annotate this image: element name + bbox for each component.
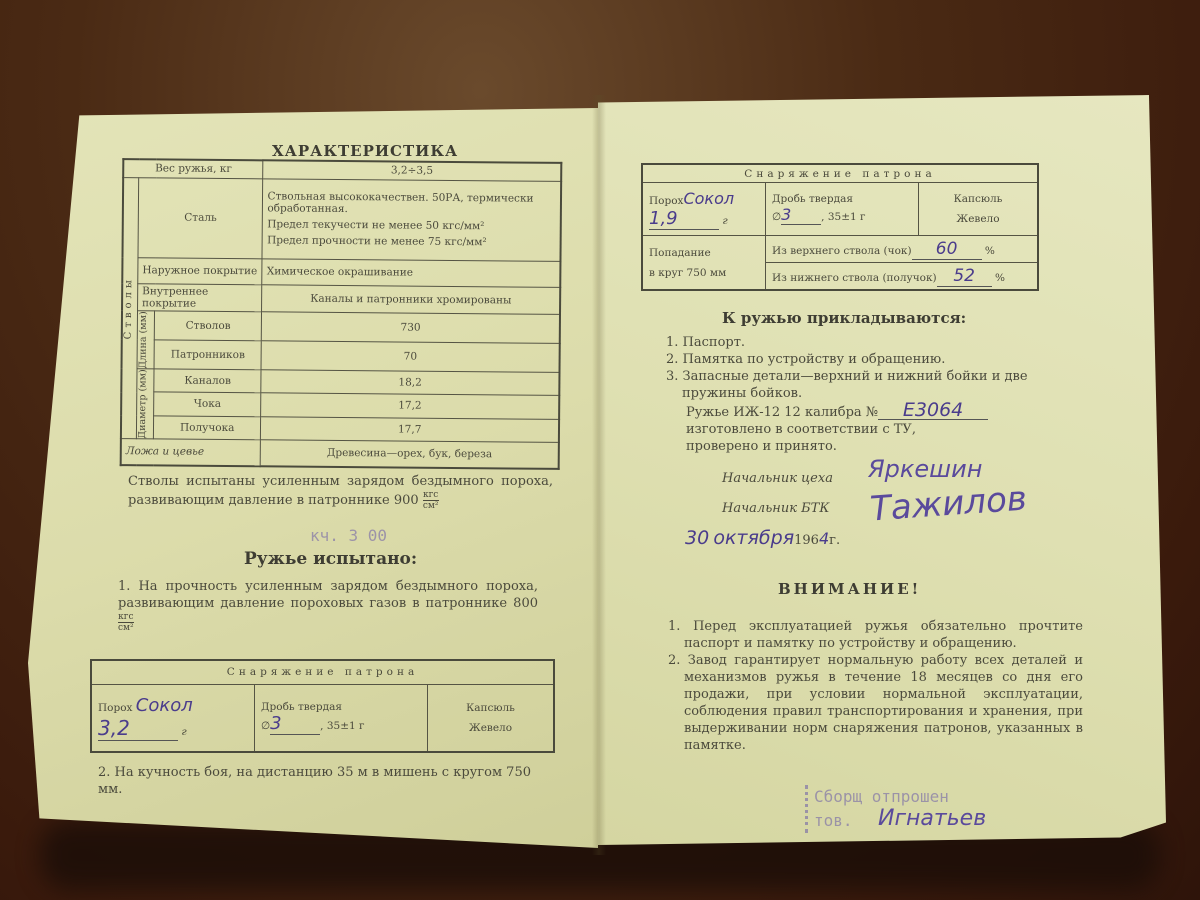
primer-label: Капсюль bbox=[925, 193, 1031, 205]
pressure-unit-2: кгссм² bbox=[118, 612, 134, 633]
date-day: 30 bbox=[685, 527, 709, 549]
spec-label-half-choke: Получока bbox=[153, 416, 261, 440]
test-1-pressure: 800 bbox=[513, 596, 538, 611]
included-item: 2. Памятка по устройству и обращению. bbox=[666, 351, 1041, 368]
faded-stamp: кч. 3 00 bbox=[310, 526, 387, 545]
tested-heading: Ружье испытано: bbox=[244, 549, 417, 569]
lower-barrel-cell: Из нижнего ствола (получок)52 % bbox=[766, 263, 1039, 290]
spec-label-barrel-length: Стволов bbox=[154, 310, 262, 340]
left-ammo-table: Снаряжение патрона Порох Сокол 3,2 г Дро… bbox=[90, 659, 555, 753]
gram-unit: г bbox=[181, 726, 186, 738]
spec-label-steel: Сталь bbox=[138, 177, 263, 258]
left-ammo-title: Снаряжение патрона bbox=[91, 660, 554, 684]
powder-value: Сокол bbox=[683, 189, 734, 208]
powder-label: Порох bbox=[98, 702, 132, 714]
attention-heading: ВНИМАНИЕ! bbox=[778, 580, 921, 598]
steel-line-1: Ствольная высококачествен. 50РА, термиче… bbox=[267, 190, 556, 217]
gram-unit: г bbox=[722, 215, 727, 227]
primer-label: Капсюль bbox=[434, 702, 547, 714]
shot-size: 3 bbox=[781, 205, 821, 225]
right-ammo-table: Снаряжение патрона ПорохСокол 1,9 г Дроб… bbox=[641, 163, 1039, 291]
hit-label-1: Попадание bbox=[649, 247, 759, 259]
test-1-text: 1. На прочность усиленным зарядом бездым… bbox=[118, 579, 538, 611]
spec-value-bore: 18,2 bbox=[261, 370, 559, 396]
included-item: 1. Паспорт. bbox=[666, 334, 1041, 351]
gun-line-prefix: Ружье ИЖ-12 12 калибра № bbox=[686, 405, 878, 420]
barrels-pressure: 900 bbox=[394, 493, 419, 508]
upper-barrel-label: Из верхнего ствола (чок) bbox=[772, 245, 912, 257]
primer-value: Жевело bbox=[925, 213, 1031, 225]
page-fold bbox=[592, 95, 606, 855]
gun-serial-line: Ружье ИЖ-12 12 калибра №Е3064 bbox=[666, 402, 1041, 421]
spec-title: ХАРАКТЕРИСТИКА bbox=[272, 142, 458, 160]
acceptance-date: 30 октября1964г. bbox=[685, 530, 840, 549]
date-year-digit: 4 bbox=[819, 529, 829, 548]
spec-label-outer: Наружное покрытие bbox=[138, 257, 263, 284]
spec-label-weight: Вес ружья, кг bbox=[123, 159, 263, 178]
steel-line-3: Предел прочности не менее 75 кгс/мм² bbox=[267, 234, 556, 249]
lower-barrel-label: Из нижнего ствола (получок) bbox=[772, 272, 937, 284]
attention-item: 1. Перед эксплуатацией ружья обязательно… bbox=[668, 618, 1083, 652]
left-powder-cell: Порох Сокол 3,2 г bbox=[91, 684, 255, 752]
spec-label-bore: Каналов bbox=[154, 369, 262, 393]
steel-line-2: Предел текучести не менее 50 кгс/мм² bbox=[267, 218, 556, 233]
made-text-1: изготовлено в соответствии с ТУ, bbox=[666, 421, 1041, 438]
spec-value-steel: Ствольная высококачествен. 50РА, термиче… bbox=[262, 178, 561, 261]
spec-label-choke: Чока bbox=[154, 392, 262, 416]
left-primer-cell: Капсюль Жевело bbox=[428, 684, 555, 752]
btk-head-label: Начальник БТК bbox=[722, 500, 829, 517]
shot-label: Дробь твердая bbox=[261, 701, 421, 713]
spec-label-inner: Внутреннее покрытие bbox=[138, 283, 263, 311]
shop-head-label: Начальник цеха bbox=[722, 470, 833, 487]
pressure-unit: кгссм² bbox=[423, 490, 439, 511]
hit-label-cell: Попадание в круг 750 мм bbox=[642, 236, 766, 290]
shot-label: Дробь твердая bbox=[772, 193, 912, 205]
date-suffix: г. bbox=[829, 533, 840, 548]
length-label: Длина (мм) bbox=[138, 311, 149, 368]
date-year-prefix: 196 bbox=[794, 533, 819, 548]
primer-value: Жевело bbox=[434, 722, 547, 734]
powder-label: Порох bbox=[649, 195, 683, 207]
spec-label-stock: Ложа и цевье bbox=[121, 439, 261, 466]
spec-value-chamber-length: 70 bbox=[261, 340, 559, 372]
shop-head-signature: Яркешин bbox=[868, 455, 982, 483]
spec-value-choke: 17,2 bbox=[261, 393, 559, 419]
spec-label-chamber-length: Патронников bbox=[154, 340, 262, 370]
date-month: октября bbox=[713, 527, 794, 549]
attention-item: 2. Завод гарантирует нормальную работу в… bbox=[668, 652, 1083, 754]
left-shot-cell: Дробь твердая ∅3, 35±1 г bbox=[255, 684, 428, 752]
right-ammo-title: Снаряжение патрона bbox=[642, 164, 1038, 183]
spec-value-half-choke: 17,7 bbox=[261, 416, 559, 442]
shot-weight: , 35±1 г bbox=[320, 720, 364, 732]
hit-label-2: в круг 750 мм bbox=[649, 267, 759, 279]
diameter-label: Диаметр (мм) bbox=[137, 369, 149, 438]
made-text-2: проверено и принято. bbox=[666, 438, 1041, 455]
powder-weight: 3,2 bbox=[98, 716, 178, 741]
lower-barrel-value: 52 bbox=[937, 266, 992, 287]
inspector-signature: Игнатьев bbox=[878, 806, 986, 831]
test-2: 2. На кучность боя, на дистанцию 35 м в … bbox=[98, 764, 553, 798]
included-list: 1. Паспорт. 2. Памятка по устройству и о… bbox=[666, 334, 1041, 455]
included-item: 3. Запасные детали—верхний и нижний бойк… bbox=[666, 368, 1041, 402]
right-primer-cell: Капсюль Жевело bbox=[919, 183, 1039, 236]
serial-number: Е3064 bbox=[878, 402, 988, 420]
spec-value-stock: Древесина—орех, бук, береза bbox=[261, 440, 559, 469]
pct-sign: % bbox=[985, 245, 995, 257]
powder-value: Сокол bbox=[136, 695, 193, 716]
barrels-tested-text: Стволы испытаны усиленным зарядом бездым… bbox=[128, 473, 553, 511]
pct-sign: % bbox=[995, 272, 1005, 284]
right-shot-cell: Дробь твердая ∅3, 35±1 г bbox=[766, 183, 919, 236]
shot-size: 3 bbox=[270, 713, 320, 735]
test-1: 1. На прочность усиленным зарядом бездым… bbox=[118, 578, 538, 633]
included-heading: К ружью прикладываются: bbox=[722, 309, 966, 327]
spec-value-inner: Каналы и патронники хромированы bbox=[262, 284, 560, 314]
spec-value-barrel-length: 730 bbox=[262, 311, 560, 343]
attention-list: 1. Перед эксплуатацией ружья обязательно… bbox=[668, 618, 1083, 754]
spec-value-outer: Химическое окрашивание bbox=[262, 258, 560, 287]
barrels-group-label: Стволы bbox=[123, 276, 135, 339]
upper-barrel-cell: Из верхнего ствола (чок)60 % bbox=[766, 236, 1039, 263]
upper-barrel-value: 60 bbox=[912, 239, 982, 260]
right-powder-cell: ПорохСокол 1,9 г bbox=[642, 183, 766, 236]
spec-table: Вес ружья, кг 3,2÷3,5 Стволы Сталь Ствол… bbox=[120, 158, 563, 469]
diameter-symbol: ∅ bbox=[261, 720, 270, 732]
diameter-symbol: ∅ bbox=[772, 211, 781, 223]
barrels-tested-body: Стволы испытаны усиленным зарядом бездым… bbox=[128, 474, 553, 508]
powder-weight: 1,9 bbox=[649, 208, 719, 230]
shot-weight: , 35±1 г bbox=[821, 211, 865, 223]
